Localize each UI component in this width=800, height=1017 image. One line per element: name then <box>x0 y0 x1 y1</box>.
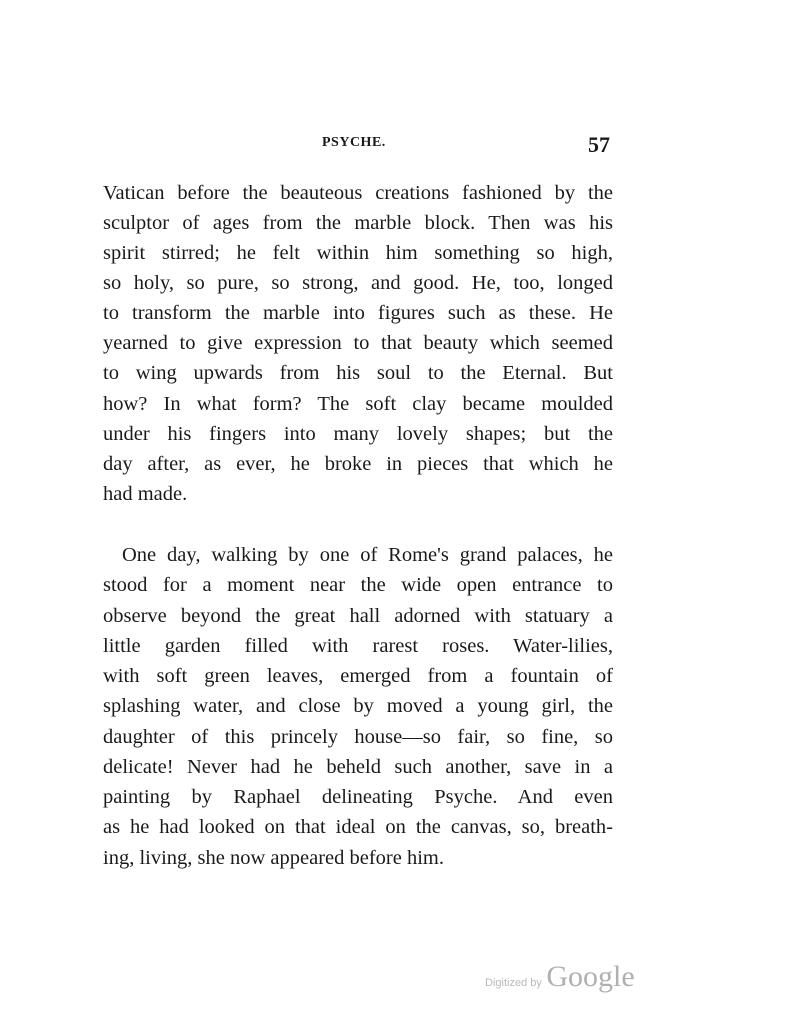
text-line: daughter of this princely house—so fair,… <box>103 722 613 752</box>
text-line: Vatican before the beauteous creations f… <box>103 178 613 208</box>
text-line: how? In what form? The soft clay became … <box>103 389 613 419</box>
digitized-watermark: Digitized by Google <box>485 960 635 994</box>
text-line: little garden filled with rarest roses. … <box>103 631 613 661</box>
text-line: ing, living, she now appeared before him… <box>103 843 613 873</box>
text-line: to transform the marble into figures suc… <box>103 298 613 328</box>
google-logo: Google <box>546 960 634 993</box>
text-line: with soft green leaves, emerged from a f… <box>103 661 613 691</box>
text-line: One day, walking by one of Rome's grand … <box>122 540 613 570</box>
text-line: as he had looked on that ideal on the ca… <box>103 812 613 842</box>
text-line: observe beyond the great hall adorned wi… <box>103 601 613 631</box>
page-number: 57 <box>588 132 610 158</box>
text-line: so holy, so pure, so strong, and good. H… <box>103 268 613 298</box>
text-line: sculptor of ages from the marble block. … <box>103 208 613 238</box>
text-line: had made. <box>103 479 613 509</box>
running-title: PSYCHE. <box>322 135 386 151</box>
watermark-prefix: Digitized by <box>485 977 542 989</box>
text-line: splashing water, and close by moved a yo… <box>103 691 613 721</box>
book-page: PSYCHE. 57 Vatican before the beauteous … <box>0 0 800 1017</box>
text-line: day after, as ever, he broke in pieces t… <box>103 449 613 479</box>
text-line: to wing upwards from his soul to the Ete… <box>103 358 613 388</box>
text-line: painting by Raphael delineating Psyche. … <box>103 782 613 812</box>
text-line: yearned to give expression to that beaut… <box>103 328 613 358</box>
text-line: stood for a moment near the wide open en… <box>103 570 613 600</box>
text-line: under his fingers into many lovely shape… <box>103 419 613 449</box>
text-line: delicate! Never had he beheld such anoth… <box>103 752 613 782</box>
text-line: spirit stirred; he felt within him somet… <box>103 238 613 268</box>
